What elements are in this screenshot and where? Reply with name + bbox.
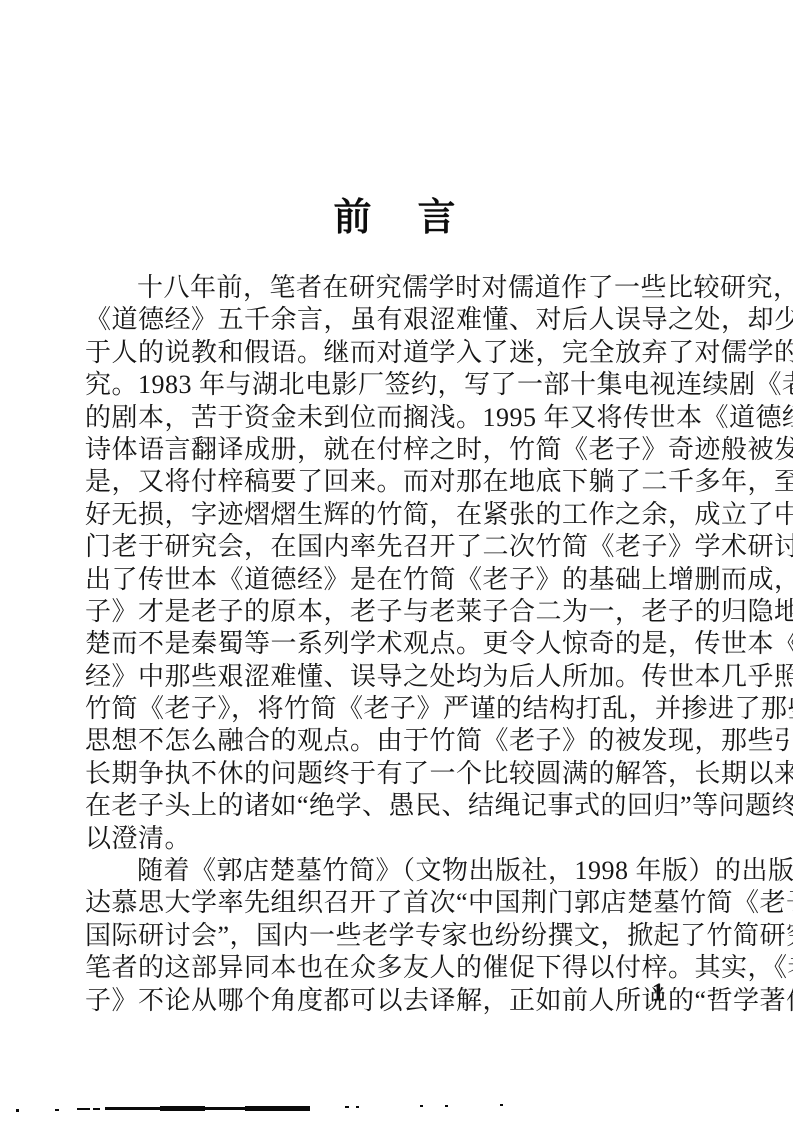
scan-artifact [445, 1105, 448, 1107]
scan-artifact [77, 1108, 90, 1110]
text-line: 竹简《老子》，将竹简《老子》严谨的结构打乱，并掺进了那些与老子 [85, 693, 713, 725]
text-line: 究。1983 年与湖北电影厂签约，写了一部十集电视连续剧《老子》 [85, 369, 713, 401]
scanned-page: 前 言 十八年前，笔者在研究儒学时对儒道作了一些比较研究，发现《道德经》五千余言… [0, 0, 793, 1122]
text-line: 楚而不是秦蜀等一系列学术观点。更令人惊奇的是，传世本《道德 [85, 628, 713, 660]
text-line: 诗体语言翻译成册，就在付梓之时，竹简《老子》奇迹般被发现，于 [85, 434, 713, 466]
text-line: 经》中那些艰涩难懂、误导之处均为后人所加。传世本几乎照录了 [85, 661, 713, 693]
text-line: 于人的说教和假语。继而对道学入了迷，完全放弃了对儒学的研 [85, 337, 713, 369]
text-line: 好无损，字迹熠熠生辉的竹简，在紧张的工作之余，成立了中国荆 [85, 499, 713, 531]
text-line: 笔者的这部异同本也在众多友人的催促下得以付梓。其实，《老 [85, 952, 713, 984]
scan-artifact [356, 1106, 359, 1108]
text-line: 随着《郭店楚墓竹简》（文物出版社，1998 年版）的出版，美国 [85, 855, 713, 887]
text-line: 长期争执不休的问题终于有了一个比较圆满的解答，长期以来加 [85, 758, 713, 790]
text-line: 子》才是老子的原本，老子与老莱子合二为一，老子的归隐地在荆 [85, 596, 713, 628]
text-line: 十八年前，笔者在研究儒学时对儒道作了一些比较研究，发现 [85, 272, 713, 304]
scan-artifact [245, 1106, 310, 1111]
preface-body: 十八年前，笔者在研究儒学时对儒道作了一些比较研究，发现《道德经》五千余言，虽有艰… [85, 272, 713, 1017]
text-line: 在老子头上的诸如“绝学、愚民、结绳记事式的回归”等问题终于得 [85, 790, 713, 822]
scan-artifact [55, 1109, 59, 1111]
text-line: 以澄清。 [85, 823, 713, 855]
text-line: 出了传世本《道德经》是在竹简《老子》的基础上增删而成，竹简《老 [85, 564, 713, 596]
text-line: 子》不论从哪个角度都可以去译解，正如前人所说的“哲学著作、兵 [85, 985, 713, 1017]
page-title: 前 言 [0, 186, 793, 241]
scan-artifact [160, 1106, 205, 1111]
scan-artifact [16, 1109, 19, 1112]
page-number: 1 [643, 979, 673, 1007]
scan-artifact [500, 1104, 503, 1106]
text-line: 是，又将付梓稿要了回来。而对那在地底下躺了二千多年，至今完 [85, 466, 713, 498]
text-line: 思想不怎么融合的观点。由于竹简《老子》的被发现，那些引起后人 [85, 725, 713, 757]
text-line: 《道德经》五千余言，虽有艰涩难懂、对后人误导之处，却少有强加 [85, 304, 713, 336]
text-line: 达慕思大学率先组织召开了首次“中国荆门郭店楚墓竹简《老子》 [85, 887, 713, 919]
scan-artifact [420, 1105, 423, 1107]
text-line: 国际研讨会”，国内一些老学专家也纷纷撰文，掀起了竹简研究热， [85, 920, 713, 952]
scan-artifact [93, 1108, 100, 1110]
text-line: 的剧本，苦于资金未到位而搁浅。1995 年又将传世本《道德经》用 [85, 402, 713, 434]
scan-artifact [345, 1106, 349, 1108]
text-line: 门老于研究会，在国内率先召开了二次竹简《老子》学术研讨会，提 [85, 531, 713, 563]
